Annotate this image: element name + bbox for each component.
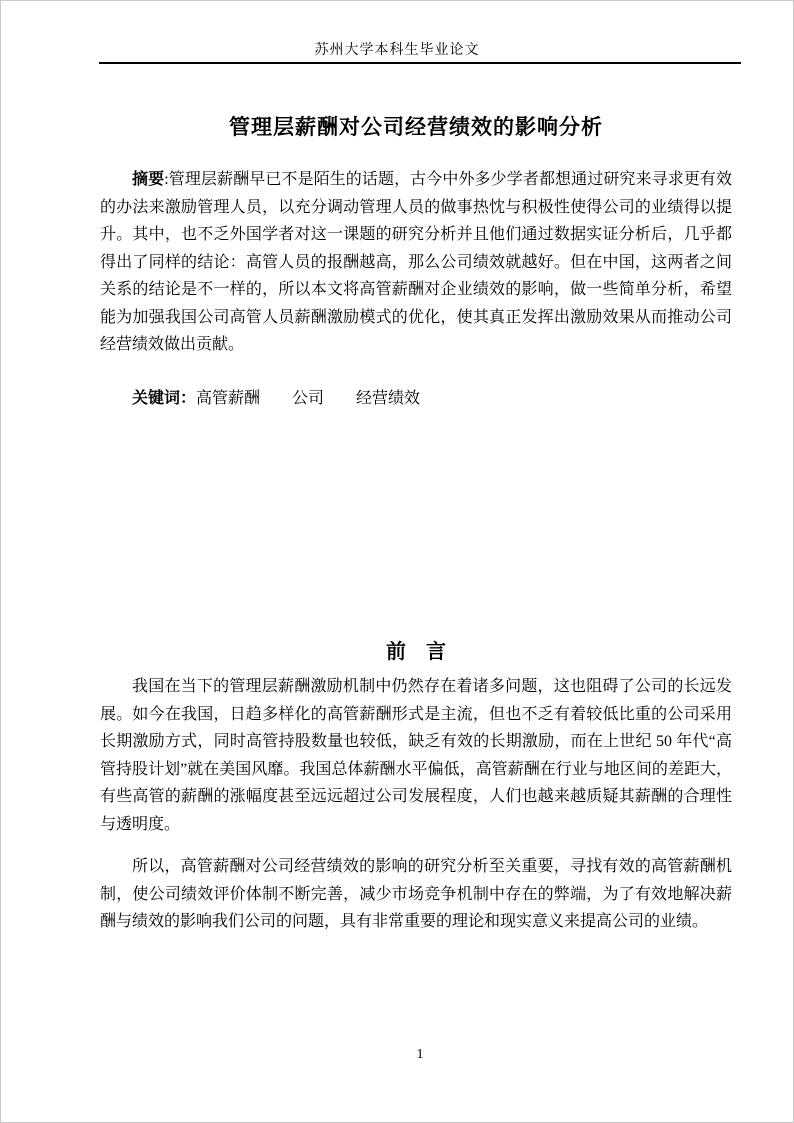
section-title-foreword: 前 言 <box>100 635 732 664</box>
foreword-paragraph: 我国在当下的管理层薪酬激励机制中仍然存在着诸多问题，这也阻碍了公司的长远发展。如… <box>100 673 732 838</box>
abstract-label: 摘要 <box>132 171 164 188</box>
abstract-paragraph: 摘要:管理层薪酬早已不是陌生的话题，古今中外多少学者都想通过研究来寻求更有效的办… <box>100 166 732 359</box>
keyword-item: 公司 <box>292 390 324 407</box>
foreword-body: 我国在当下的管理层薪酬激励机制中仍然存在着诸多问题，这也阻碍了公司的长远发展。如… <box>100 673 732 936</box>
keywords-line: 关键词：高管薪酬公司经营绩效 <box>100 385 732 413</box>
document-title: 管理层薪酬对公司经营绩效的影响分析 <box>100 111 732 141</box>
foreword-paragraph: 所以，高管薪酬对公司经营绩效的影响的研究分析至关重要，寻找有效的高管薪酬机制，使… <box>100 853 732 936</box>
keyword-item: 经营绩效 <box>356 390 420 407</box>
page-number: 1 <box>99 1047 741 1063</box>
keywords-label: 关键词： <box>132 390 196 407</box>
page-header-title: 苏州大学本科生毕业论文 <box>1 39 793 59</box>
header-divider-line <box>99 62 741 64</box>
document-page: 苏州大学本科生毕业论文 管理层薪酬对公司经营绩效的影响分析 摘要:管理层薪酬早已… <box>0 0 794 1123</box>
abstract-text: :管理层薪酬早已不是陌生的话题，古今中外多少学者都想通过研究来寻求更有效的办法来… <box>100 171 732 353</box>
keyword-item: 高管薪酬 <box>196 390 260 407</box>
